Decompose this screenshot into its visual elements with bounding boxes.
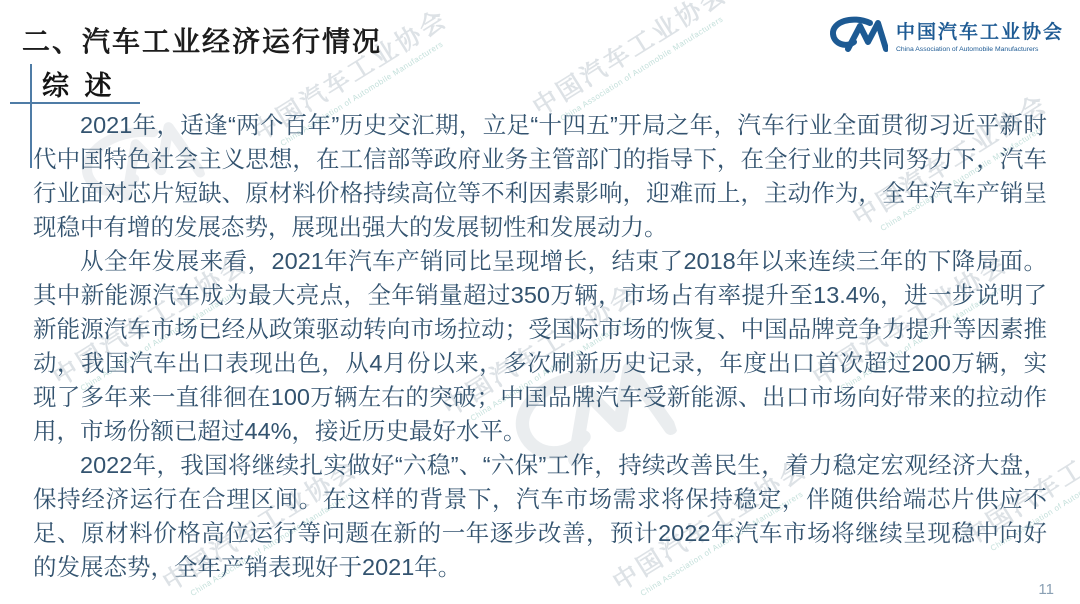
caam-logo: 中国汽车工业协会 China Association of Automobile…	[824, 14, 1064, 63]
paragraph-2: 从全年发展来看，2021年汽车产销同比呈现增长，结束了2018年以来连续三年的下…	[33, 244, 1047, 448]
caam-logo-icon	[824, 14, 888, 63]
paragraph-3: 2022年，我国将继续扎实做好“六稳”、“六保”工作，持续改善民生，着力稳定宏观…	[33, 448, 1047, 584]
section-title: 综 述	[42, 64, 116, 103]
body-text: 2021年，适逢“两个百年”历史交汇期，立足“十四五”开局之年，汽车行业全面贯彻…	[33, 108, 1047, 584]
caam-logo-name-cn: 中国汽车工业协会	[896, 23, 1064, 44]
paragraph-1: 2021年，适逢“两个百年”历史交汇期，立足“十四五”开局之年，汽车行业全面贯彻…	[33, 108, 1047, 244]
slide: 中国汽车工业协会China Association of Automobile …	[0, 0, 1080, 604]
caam-logo-text: 中国汽车工业协会 China Association of Automobile…	[896, 23, 1064, 53]
section-vertical-line	[30, 64, 32, 168]
page-number: 11	[1038, 581, 1054, 598]
caam-logo-name-en: China Association of Automobile Manufact…	[896, 46, 1064, 53]
page-title: 二、汽车工业经济运行情况	[22, 20, 382, 60]
